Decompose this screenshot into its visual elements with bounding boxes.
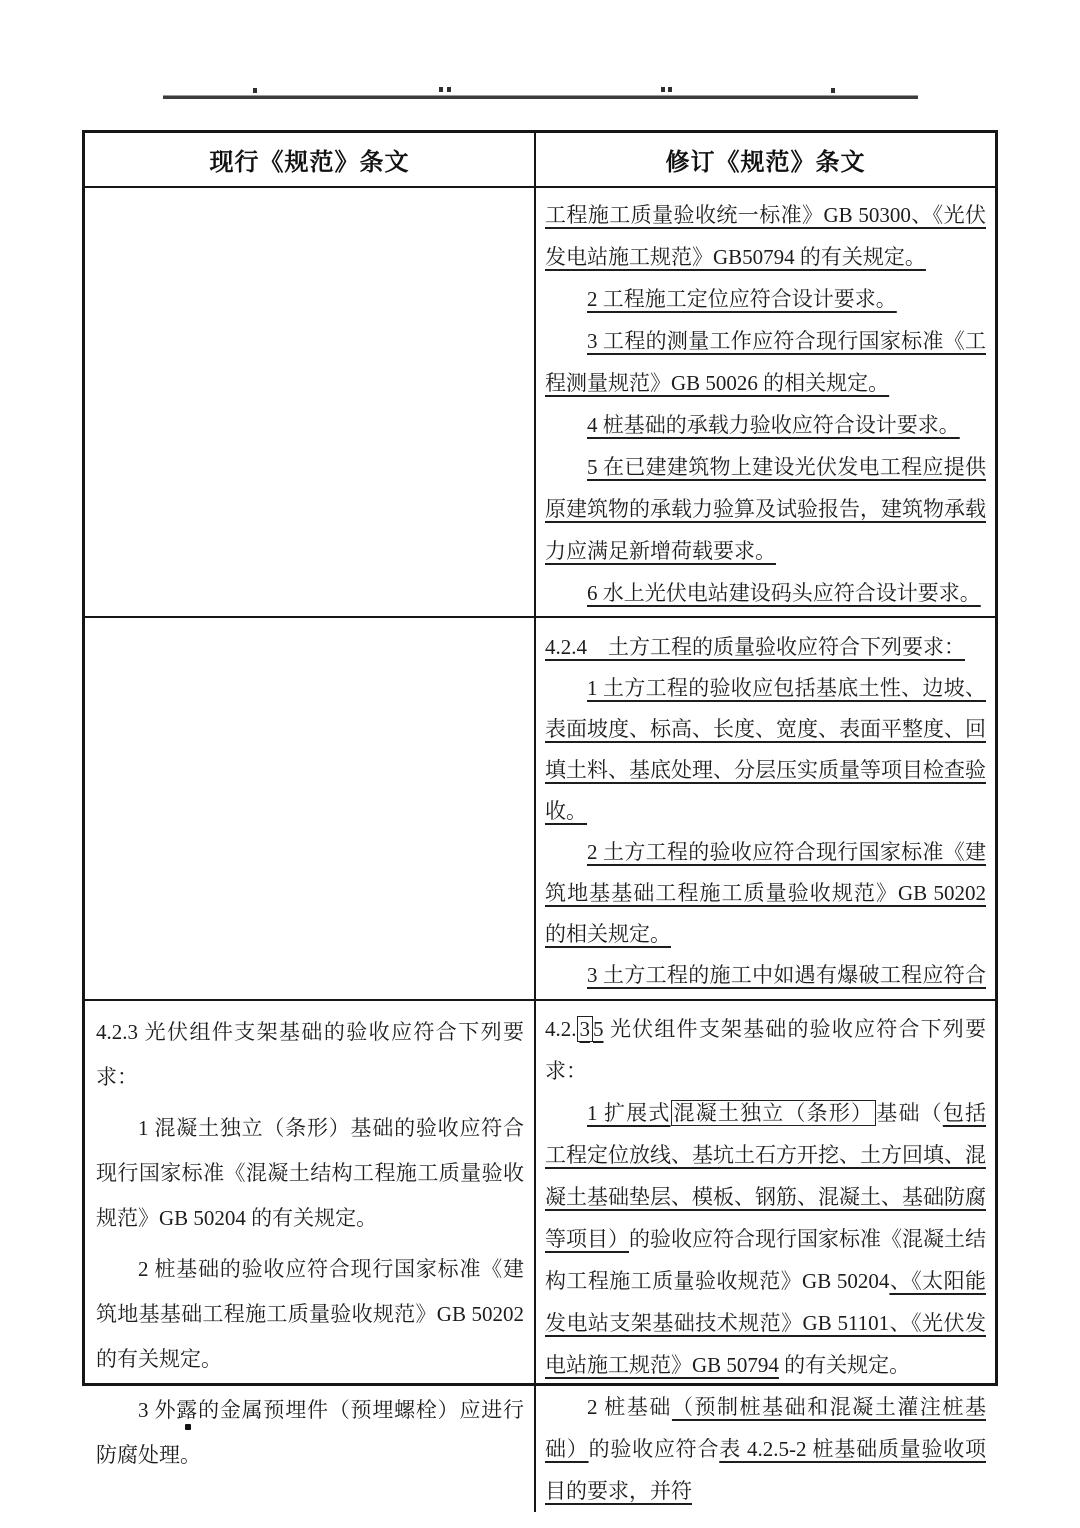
underlined-revision-text: 3 工程的测量工作应符合现行国家标准《工程测量规范》GB 50026 的相关规定… xyxy=(545,329,986,395)
scan-artifact-dot xyxy=(668,87,672,92)
paragraph: 工程施工质量验收统一标准》GB 50300、《光伏发电站施工规范》GB50794… xyxy=(545,194,986,278)
table-row: 4.2.4 土方工程的质量验收应符合下列要求：1 土方工程的验收应包括基底土性、… xyxy=(85,618,995,1001)
underlined-revision-text: 1 土方工程的验收应包括基底土性、边坡、表面坡度、标高、长度、宽度、表面平整度、… xyxy=(545,676,986,823)
paragraph: 1 土方工程的验收应包括基底土性、边坡、表面坡度、标高、长度、宽度、表面平整度、… xyxy=(545,668,986,832)
paragraph: 6 水上光伏电站建设码头应符合设计要求。 xyxy=(545,572,986,614)
underlined-revision-text: 4 桩基础的承载力验收应符合设计要求。 xyxy=(587,413,960,437)
plain-text: 4.2.3 光伏组件支架基础的验收应符合下列要求： xyxy=(96,1020,524,1089)
scan-artifact-dot xyxy=(661,87,665,92)
scan-artifact-dot xyxy=(253,88,257,93)
table-row: 工程施工质量验收统一标准》GB 50300、《光伏发电站施工规范》GB50794… xyxy=(85,188,995,618)
paragraph: 2 土方工程的验收应符合现行国家标准《建筑地基基础工程施工质量验收规范》GB 5… xyxy=(545,832,986,955)
cell-revised-code: 4.2.35 光伏组件支架基础的验收应符合下列要求：1 扩展式混凝土独立（条形）… xyxy=(534,1001,995,1512)
underlined-revision-text: 3 土方工程的施工中如遇有爆破工程应符合现行国家标准《土方与爆破工程施工及验收规… xyxy=(545,963,986,999)
boxed-deleted-text: 3 xyxy=(577,1016,594,1042)
underlined-revision-text: 2 土方工程的验收应符合现行国家标准《建筑地基基础工程施工质量验收规范》GB 5… xyxy=(545,840,986,946)
paragraph: 1 混凝土独立（条形）基础的验收应符合现行国家标准《混凝土结构工程施工质量验收规… xyxy=(96,1106,524,1241)
underlined-revision-text: 1 扩展式 xyxy=(587,1101,671,1125)
plain-text: 光伏组件支架基础的验收应符合下列要求： xyxy=(545,1017,986,1083)
plain-text: 的验收应符合 xyxy=(589,1437,720,1461)
header-cell-revised-code: 修订《规范》条文 xyxy=(534,133,995,186)
cell-revised-code: 工程施工质量验收统一标准》GB 50300、《光伏发电站施工规范》GB50794… xyxy=(534,188,995,616)
scan-artifact-dot xyxy=(439,87,443,92)
plain-text: 1 混凝土独立（条形）基础的验收应符合现行国家标准《混凝土结构工程施工质量验收规… xyxy=(96,1116,524,1230)
comparison-table: 现行《规范》条文 修订《规范》条文 工程施工质量验收统一标准》GB 50300、… xyxy=(82,130,998,1386)
paragraph: 5 在已建建筑物上建设光伏发电工程应提供原建筑物的承载力验算及试验报告，建筑物承… xyxy=(545,446,986,572)
paragraph: 3 土方工程的施工中如遇有爆破工程应符合现行国家标准《土方与爆破工程施工及验收规… xyxy=(545,955,986,999)
paragraph: 2 桩基础的验收应符合现行国家标准《建筑地基基础工程施工质量验收规范》GB 50… xyxy=(96,1247,524,1382)
paragraph: 2 工程施工定位应符合设计要求。 xyxy=(545,278,986,320)
paragraph: 4 桩基础的承载力验收应符合设计要求。 xyxy=(545,404,986,446)
header-cell-current-code: 现行《规范》条文 xyxy=(85,133,534,186)
underlined-revision-text: 4.2.4 土方工程的质量验收应符合下列要求： xyxy=(545,635,965,659)
underlined-revision-text: 6 水上光伏电站建设码头应符合设计要求。 xyxy=(587,581,981,605)
table-header-row: 现行《规范》条文 修订《规范》条文 xyxy=(85,133,995,188)
plain-text: 2 桩基础的验收应符合现行国家标准《建筑地基基础工程施工质量验收规范》GB 50… xyxy=(96,1257,524,1371)
plain-text: 2 桩基础 xyxy=(587,1395,672,1419)
scan-artifact-dot xyxy=(831,88,835,93)
paragraph: 2 桩基础（预制桩基础和混凝土灌注桩基础）的验收应符合表 4.2.5-2 桩基础… xyxy=(545,1386,986,1512)
underlined-revision-text: 5 xyxy=(593,1017,604,1041)
paragraph: 4.2.3 光伏组件支架基础的验收应符合下列要求： xyxy=(96,1010,524,1100)
underlined-revision-text: 工程施工质量验收统一标准》GB 50300、《光伏发电站施工规范》GB50794… xyxy=(545,203,986,269)
underlined-revision-text: 5 在已建建筑物上建设光伏发电工程应提供原建筑物的承载力验算及试验报告，建筑物承… xyxy=(545,455,986,563)
document-page: 现行《规范》条文 修订《规范》条文 工程施工质量验收统一标准》GB 50300、… xyxy=(0,0,1080,1528)
underlined-revision-text: 2 工程施工定位应符合设计要求。 xyxy=(587,287,897,311)
plain-text: 3 外露的金属预埋件（预埋螺栓）应进行防腐处理。 xyxy=(96,1398,524,1467)
cell-current-code xyxy=(85,618,534,999)
cell-current-code: 4.2.3 光伏组件支架基础的验收应符合下列要求：1 混凝土独立（条形）基础的验… xyxy=(85,1001,534,1512)
cell-current-code xyxy=(85,188,534,616)
plain-text: 4.2. xyxy=(545,1017,577,1041)
cell-revised-code: 4.2.4 土方工程的质量验收应符合下列要求：1 土方工程的验收应包括基底土性、… xyxy=(534,618,995,999)
paragraph: 1 扩展式混凝土独立（条形）基础（包括工程定位放线、基坑土石方开挖、土方回填、混… xyxy=(545,1092,986,1386)
table-row: 4.2.3 光伏组件支架基础的验收应符合下列要求：1 混凝土独立（条形）基础的验… xyxy=(85,1001,995,1512)
plain-text: 的有关规定。 xyxy=(779,1353,910,1377)
plain-text: 基础（ xyxy=(876,1101,943,1125)
paragraph: 3 外露的金属预埋件（预埋螺栓）应进行防腐处理。 xyxy=(96,1388,524,1478)
boxed-deleted-text: 混凝土独立（条形） xyxy=(671,1100,877,1126)
scan-artifact-dot xyxy=(447,87,451,92)
paragraph: 4.2.35 光伏组件支架基础的验收应符合下列要求： xyxy=(545,1008,986,1092)
paragraph: 4.2.4 土方工程的质量验收应符合下列要求： xyxy=(545,627,986,668)
page-header-rule xyxy=(163,95,918,99)
paragraph: 3 工程的测量工作应符合现行国家标准《工程测量规范》GB 50026 的相关规定… xyxy=(545,320,986,404)
